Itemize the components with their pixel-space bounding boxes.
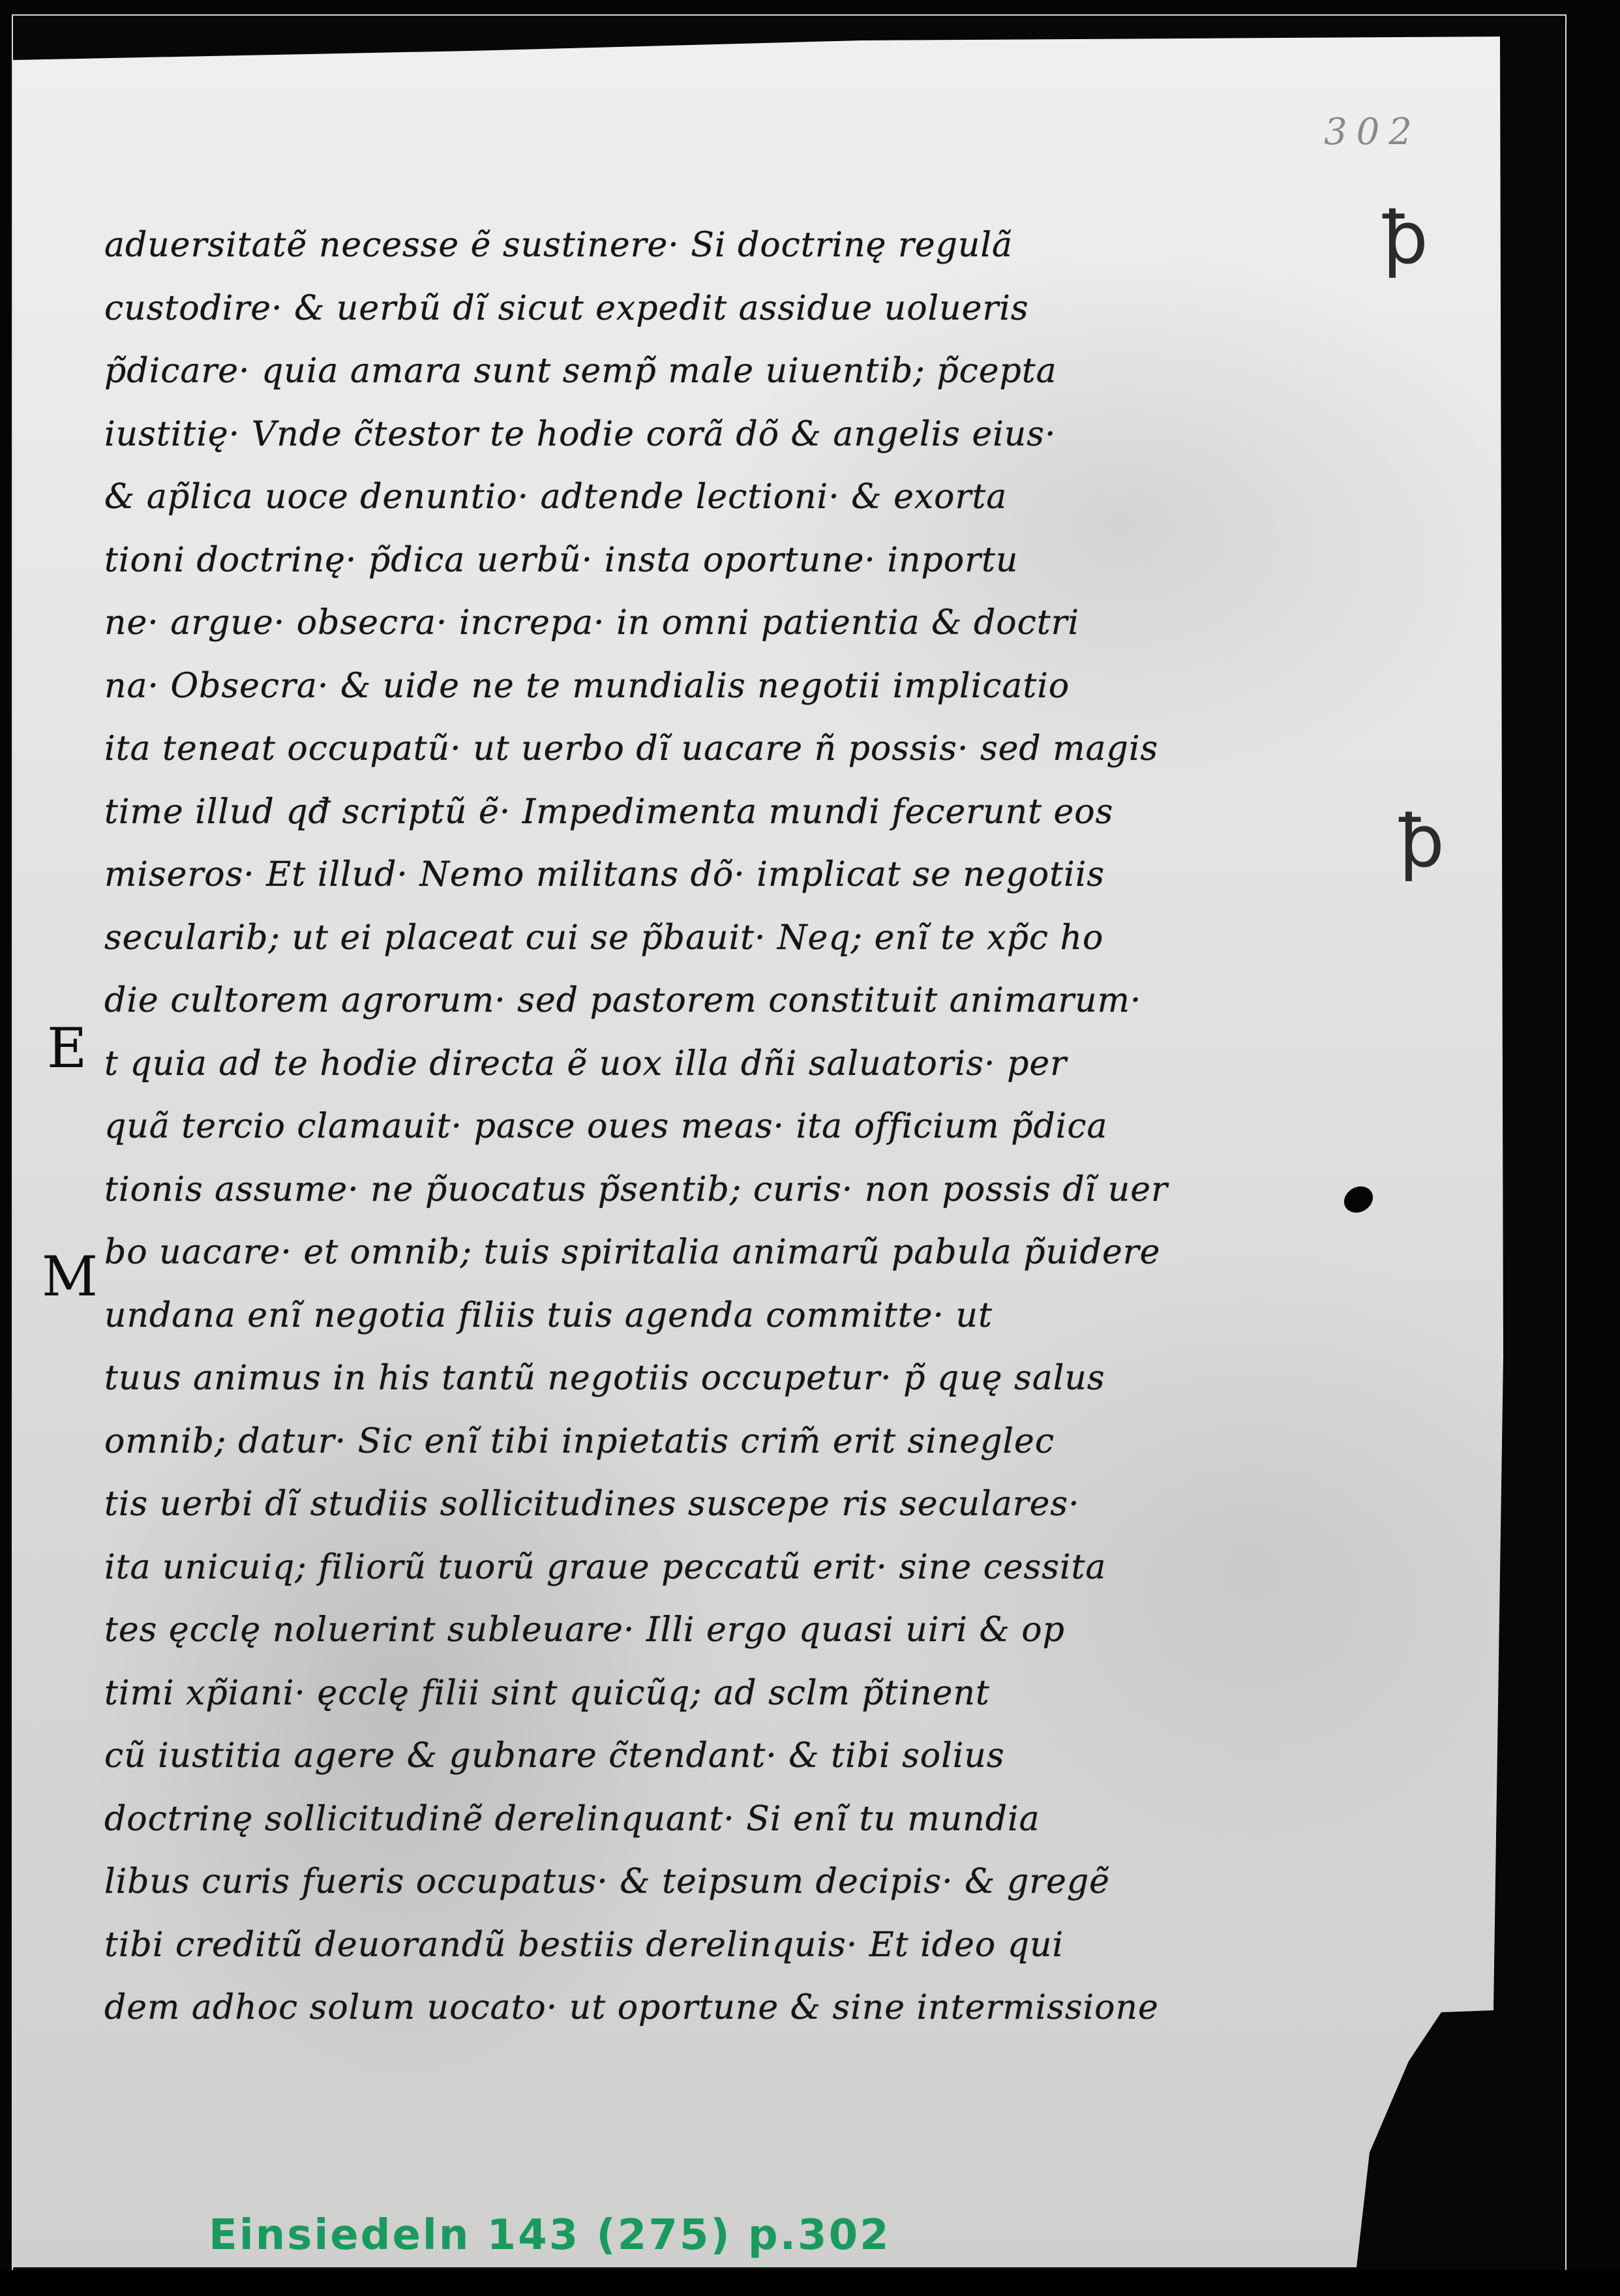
text-line: p̃dicare· quia amara sunt semp̃ male uiu… [104, 340, 1383, 403]
text-line: tionis assume· ne p̃uocatus p̃sentib; cu… [104, 1158, 1383, 1222]
text-line: iustitię· Vnde c̃testor te hodie corã dõ… [104, 403, 1383, 466]
text-line: & ap̃lica uoce denuntio· adtende lection… [104, 466, 1383, 529]
text-line: tibi creditũ deuorandũ bestiis derelinqu… [104, 1914, 1383, 1977]
photograph-frame: 302 ꝥ ꝥ E M aduersitatẽ necesse ẽ sustin… [0, 0, 1620, 2296]
text-line: secularib; ut ei placeat cui se p̃bauit·… [104, 907, 1383, 970]
text-line: omnib; datur· Sic enĩ tibi inpietatis cr… [104, 1410, 1383, 1473]
text-line: ne· argue· obsecra· increpa· in omni pat… [104, 592, 1383, 655]
text-line: libus curis fueris occupatus· & teipsum … [104, 1850, 1383, 1914]
decorated-initial-e: E [47, 1021, 87, 1076]
text-line: time illud qđ scriptũ ẽ· Impedimenta mun… [104, 781, 1383, 844]
text-line: dem adhoc solum uocato· ut oportune & si… [104, 1976, 1383, 2040]
text-line: aduersitatẽ necesse ẽ sustinere· Si doct… [104, 214, 1383, 277]
bottom-black-band [0, 2270, 1620, 2296]
text-line: tioni doctrinę· p̃dica uerbũ· insta opor… [104, 529, 1383, 592]
folio-number: 302 [1324, 111, 1421, 153]
decorated-initial-m: M [42, 1249, 98, 1304]
text-line: timi xp̃iani· ęcclę filii sint quicũq; a… [104, 1662, 1383, 1725]
archive-caption: Einsiedeln 143 (275) p.302 [209, 2211, 891, 2259]
text-line: t quia ad te hodie directa ẽ uox illa dñ… [104, 1033, 1383, 1096]
text-line: miseros· Et illud· Nemo militans dõ· imp… [104, 843, 1383, 907]
text-line: ita teneat occupatũ· ut uerbo dĩ uacare … [104, 717, 1383, 781]
text-line: custodire· & uerbũ dĩ sicut expedit assi… [104, 277, 1383, 340]
text-line: na· Obsecra· & uide ne te mundialis nego… [104, 655, 1383, 718]
text-line: tuus animus in his tantũ negotiis occupe… [104, 1347, 1383, 1410]
text-line: ita unicuiq; filiorũ tuorũ graue peccatũ… [104, 1536, 1383, 1599]
text-line: die cultorem agrorum· sed pastorem const… [104, 969, 1383, 1033]
parchment-leaf: 302 ꝥ ꝥ E M aduersitatẽ necesse ẽ sustin… [13, 0, 1552, 2267]
text-line: tes ęcclę noluerint subleuare· Illi ergo… [104, 1599, 1383, 1662]
text-line: undana enĩ negotia filiis tuis agenda co… [104, 1284, 1383, 1348]
text-line: bo uacare· et omnib; tuis spiritalia ani… [104, 1221, 1383, 1284]
text-line: doctrinę sollicitudinẽ derelinquant· Si … [104, 1788, 1383, 1851]
text-line: quã tercio clamauit· pasce oues meas· it… [104, 1095, 1383, 1158]
text-line: tis uerbi dĩ studiis sollicitudines susc… [104, 1473, 1383, 1536]
text-line: cũ iustitia agere & gubnare c̃tendant· &… [104, 1725, 1383, 1788]
manuscript-text-block: aduersitatẽ necesse ẽ sustinere· Si doct… [104, 214, 1383, 2040]
nota-monogram-icon: ꝥ [1383, 202, 1428, 274]
nota-monogram-icon: ꝥ [1399, 806, 1445, 877]
